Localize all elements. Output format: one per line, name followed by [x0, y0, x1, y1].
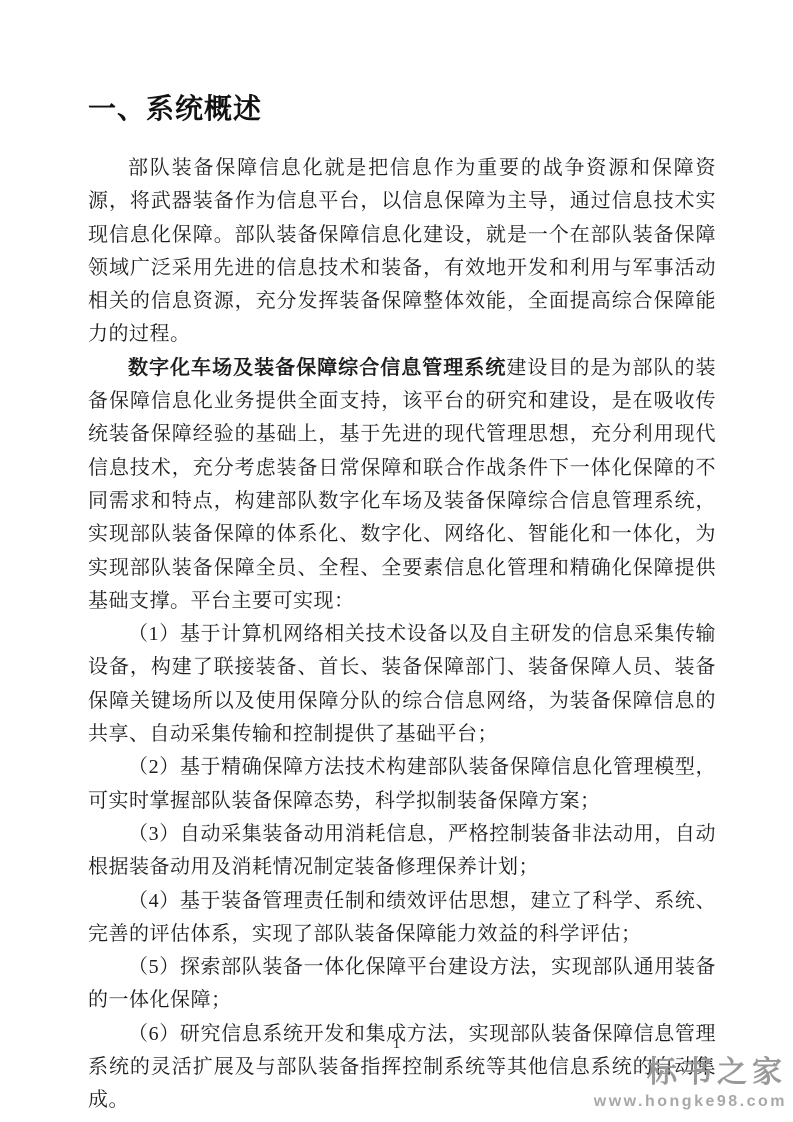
list-item-5: （5）探索部队装备一体化保障平台建设方法，实现部队通用装备的一体化保障； — [88, 951, 716, 1018]
list-item-4: （4）基于装备管理责任制和绩效评估思想，建立了科学、系统、完善的评估体系，实现了… — [88, 885, 716, 952]
document-page: 一、系统概述 部队装备保障信息化就是把信息作为重要的战争资源和保障资源，将武器装… — [0, 0, 793, 1122]
body-text: 部队装备保障信息化就是把信息作为重要的战争资源和保障资源，将武器装备作为信息平台… — [88, 152, 716, 1118]
watermark: 标书之家 www.hongke98.com — [594, 1055, 787, 1111]
system-name-bold: 数字化车场及装备保障综合信息管理系统 — [128, 357, 506, 379]
paragraph-intro: 部队装备保障信息化就是把信息作为重要的战争资源和保障资源，将武器装备作为信息平台… — [88, 152, 716, 352]
list-item-3: （3）自动采集装备动用消耗信息，严格控制装备非法动用，自动根据装备动用及消耗情况… — [88, 818, 716, 885]
watermark-url: www.hongke98.com — [594, 1093, 787, 1111]
list-item-2: （2）基于精确保障方法技术构建部队装备保障信息化管理模型，可实时掌握部队装备保障… — [88, 751, 716, 818]
section-heading: 一、系统概述 — [88, 92, 716, 126]
paragraph-platform-rest: 建设目的是为部队的装备保障信息化业务提供全面支持，该平台的研究和建设，是在吸收传… — [88, 357, 716, 612]
page-content: 一、系统概述 部队装备保障信息化就是把信息作为重要的战争资源和保障资源，将武器装… — [88, 92, 716, 1118]
watermark-logo-text: 标书之家 — [594, 1055, 787, 1091]
page-number: 1 — [0, 1036, 793, 1053]
list-item-1: （1）基于计算机网络相关技术设备以及自主研发的信息采集传输设备，构建了联接装备、… — [88, 618, 716, 751]
paragraph-platform: 数字化车场及装备保障综合信息管理系统建设目的是为部队的装备保障信息化业务提供全面… — [88, 352, 716, 618]
